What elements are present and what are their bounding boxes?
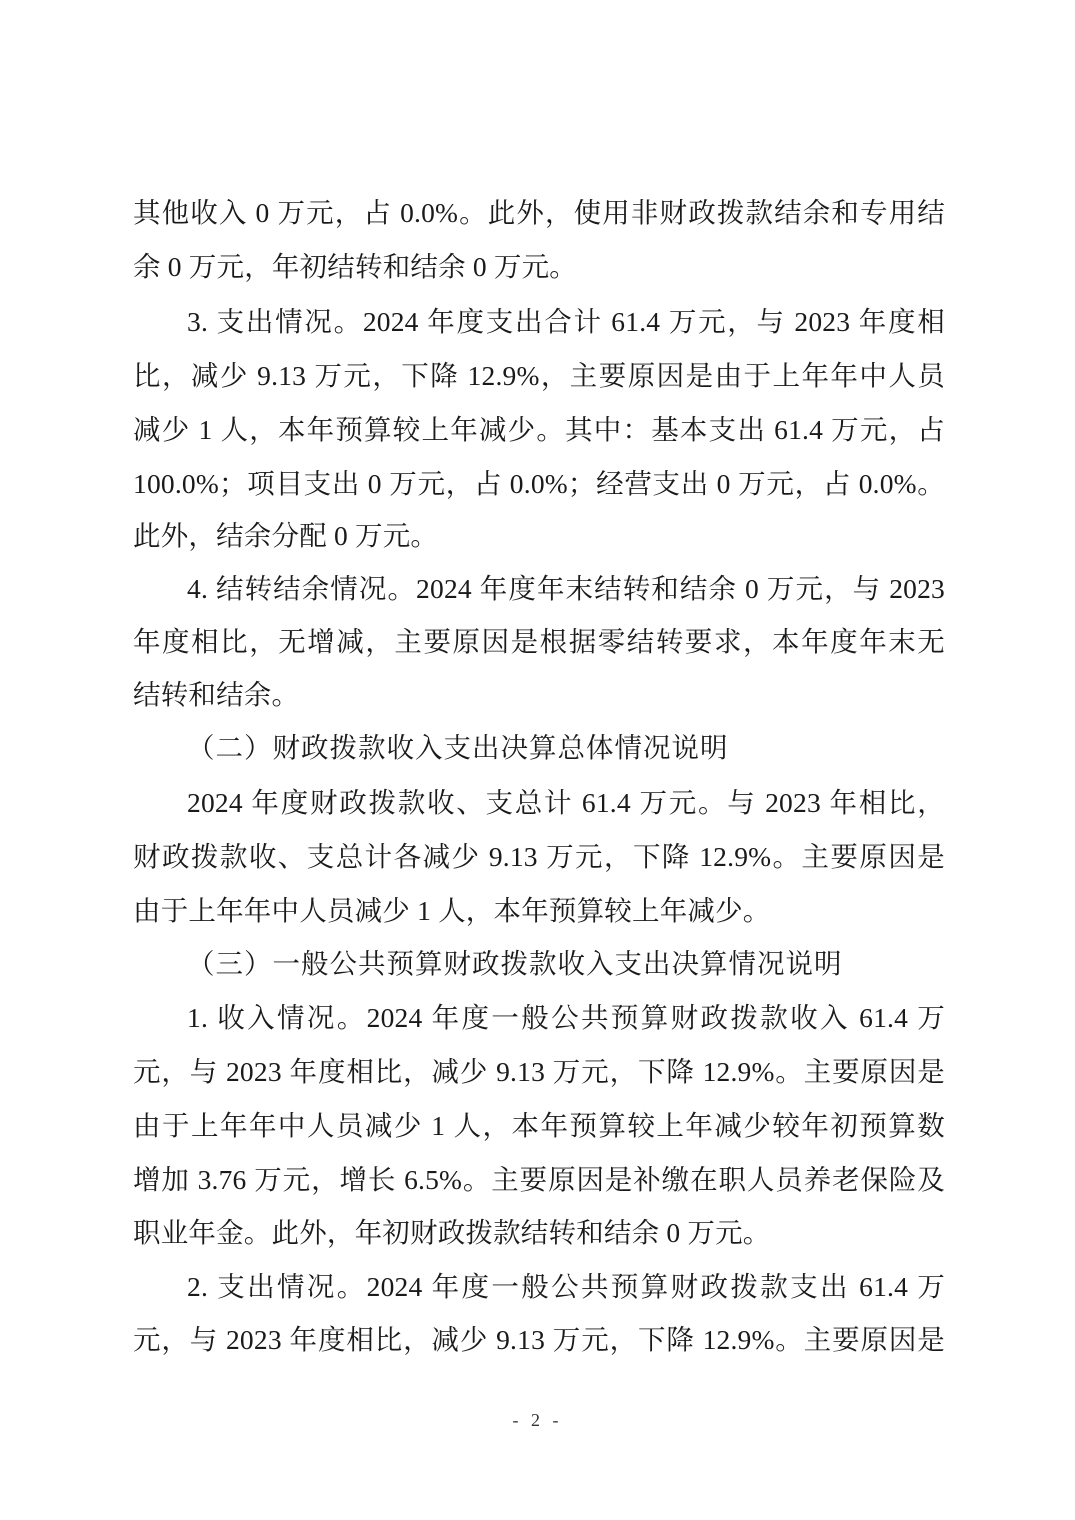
paragraph-expenditure: 3. 支出情况。2024 年度支出合计 61.4 万元，与 2023 年度相: [187, 302, 945, 342]
text-line-18: 由于上年年中人员减少 1 人，本年预算较上年减少较年初预算数: [133, 1106, 945, 1146]
page-number: - 2 -: [0, 1410, 1075, 1431]
text-line-9: 年度相比，无增减，主要原因是根据零结转要求，本年度年末无: [133, 622, 945, 662]
text-line-5: 减少 1 人，本年预算较上年减少。其中：基本支出 61.4 万元，占: [133, 410, 945, 450]
text-line-14: 由于上年年中人员减少 1 人，本年预算较上年减少。: [133, 891, 945, 931]
text-line-1: 其他收入 0 万元，占 0.0%。此外，使用非财政拨款结余和专用结: [133, 193, 945, 233]
text-line-6: 100.0%；项目支出 0 万元，占 0.0%；经营支出 0 万元，占 0.0%…: [133, 464, 945, 504]
paragraph-carryover: 4. 结转结余情况。2024 年度年末结转和结余 0 万元，与 2023: [187, 569, 945, 609]
text-line-4: 比，减少 9.13 万元，下降 12.9%，主要原因是由于上年年中人员: [133, 356, 945, 396]
document-page: 其他收入 0 万元，占 0.0%。此外，使用非财政拨款结余和专用结 余 0 万元…: [0, 0, 1075, 1520]
text-line-10: 结转和结余。: [133, 675, 945, 715]
text-line-17: 元，与 2023 年度相比，减少 9.13 万元，下降 12.9%。主要原因是: [133, 1052, 945, 1092]
text-line-7: 此外，结余分配 0 万元。: [133, 516, 945, 556]
text-line-20: 职业年金。此外，年初财政拨款结转和结余 0 万元。: [133, 1213, 945, 1253]
section-heading-3: （三）一般公共预算财政拨款收入支出决算情况说明: [187, 944, 945, 984]
text-line-22: 元，与 2023 年度相比，减少 9.13 万元，下降 12.9%。主要原因是: [133, 1320, 945, 1360]
text-line-2: 余 0 万元，年初结转和结余 0 万元。: [133, 247, 945, 287]
paragraph-general-expenditure: 2. 支出情况。2024 年度一般公共预算财政拨款支出 61.4 万: [187, 1267, 945, 1307]
text-line-19: 增加 3.76 万元，增长 6.5%。主要原因是补缴在职人员养老保险及: [133, 1160, 945, 1200]
text-line-13: 财政拨款收、支总计各减少 9.13 万元，下降 12.9%。主要原因是: [133, 837, 945, 877]
paragraph-income: 1. 收入情况。2024 年度一般公共预算财政拨款收入 61.4 万: [187, 998, 945, 1038]
section-heading-2: （二）财政拨款收入支出决算总体情况说明: [187, 728, 945, 768]
paragraph-fiscal-total: 2024 年度财政拨款收、支总计 61.4 万元。与 2023 年相比，: [187, 783, 945, 823]
